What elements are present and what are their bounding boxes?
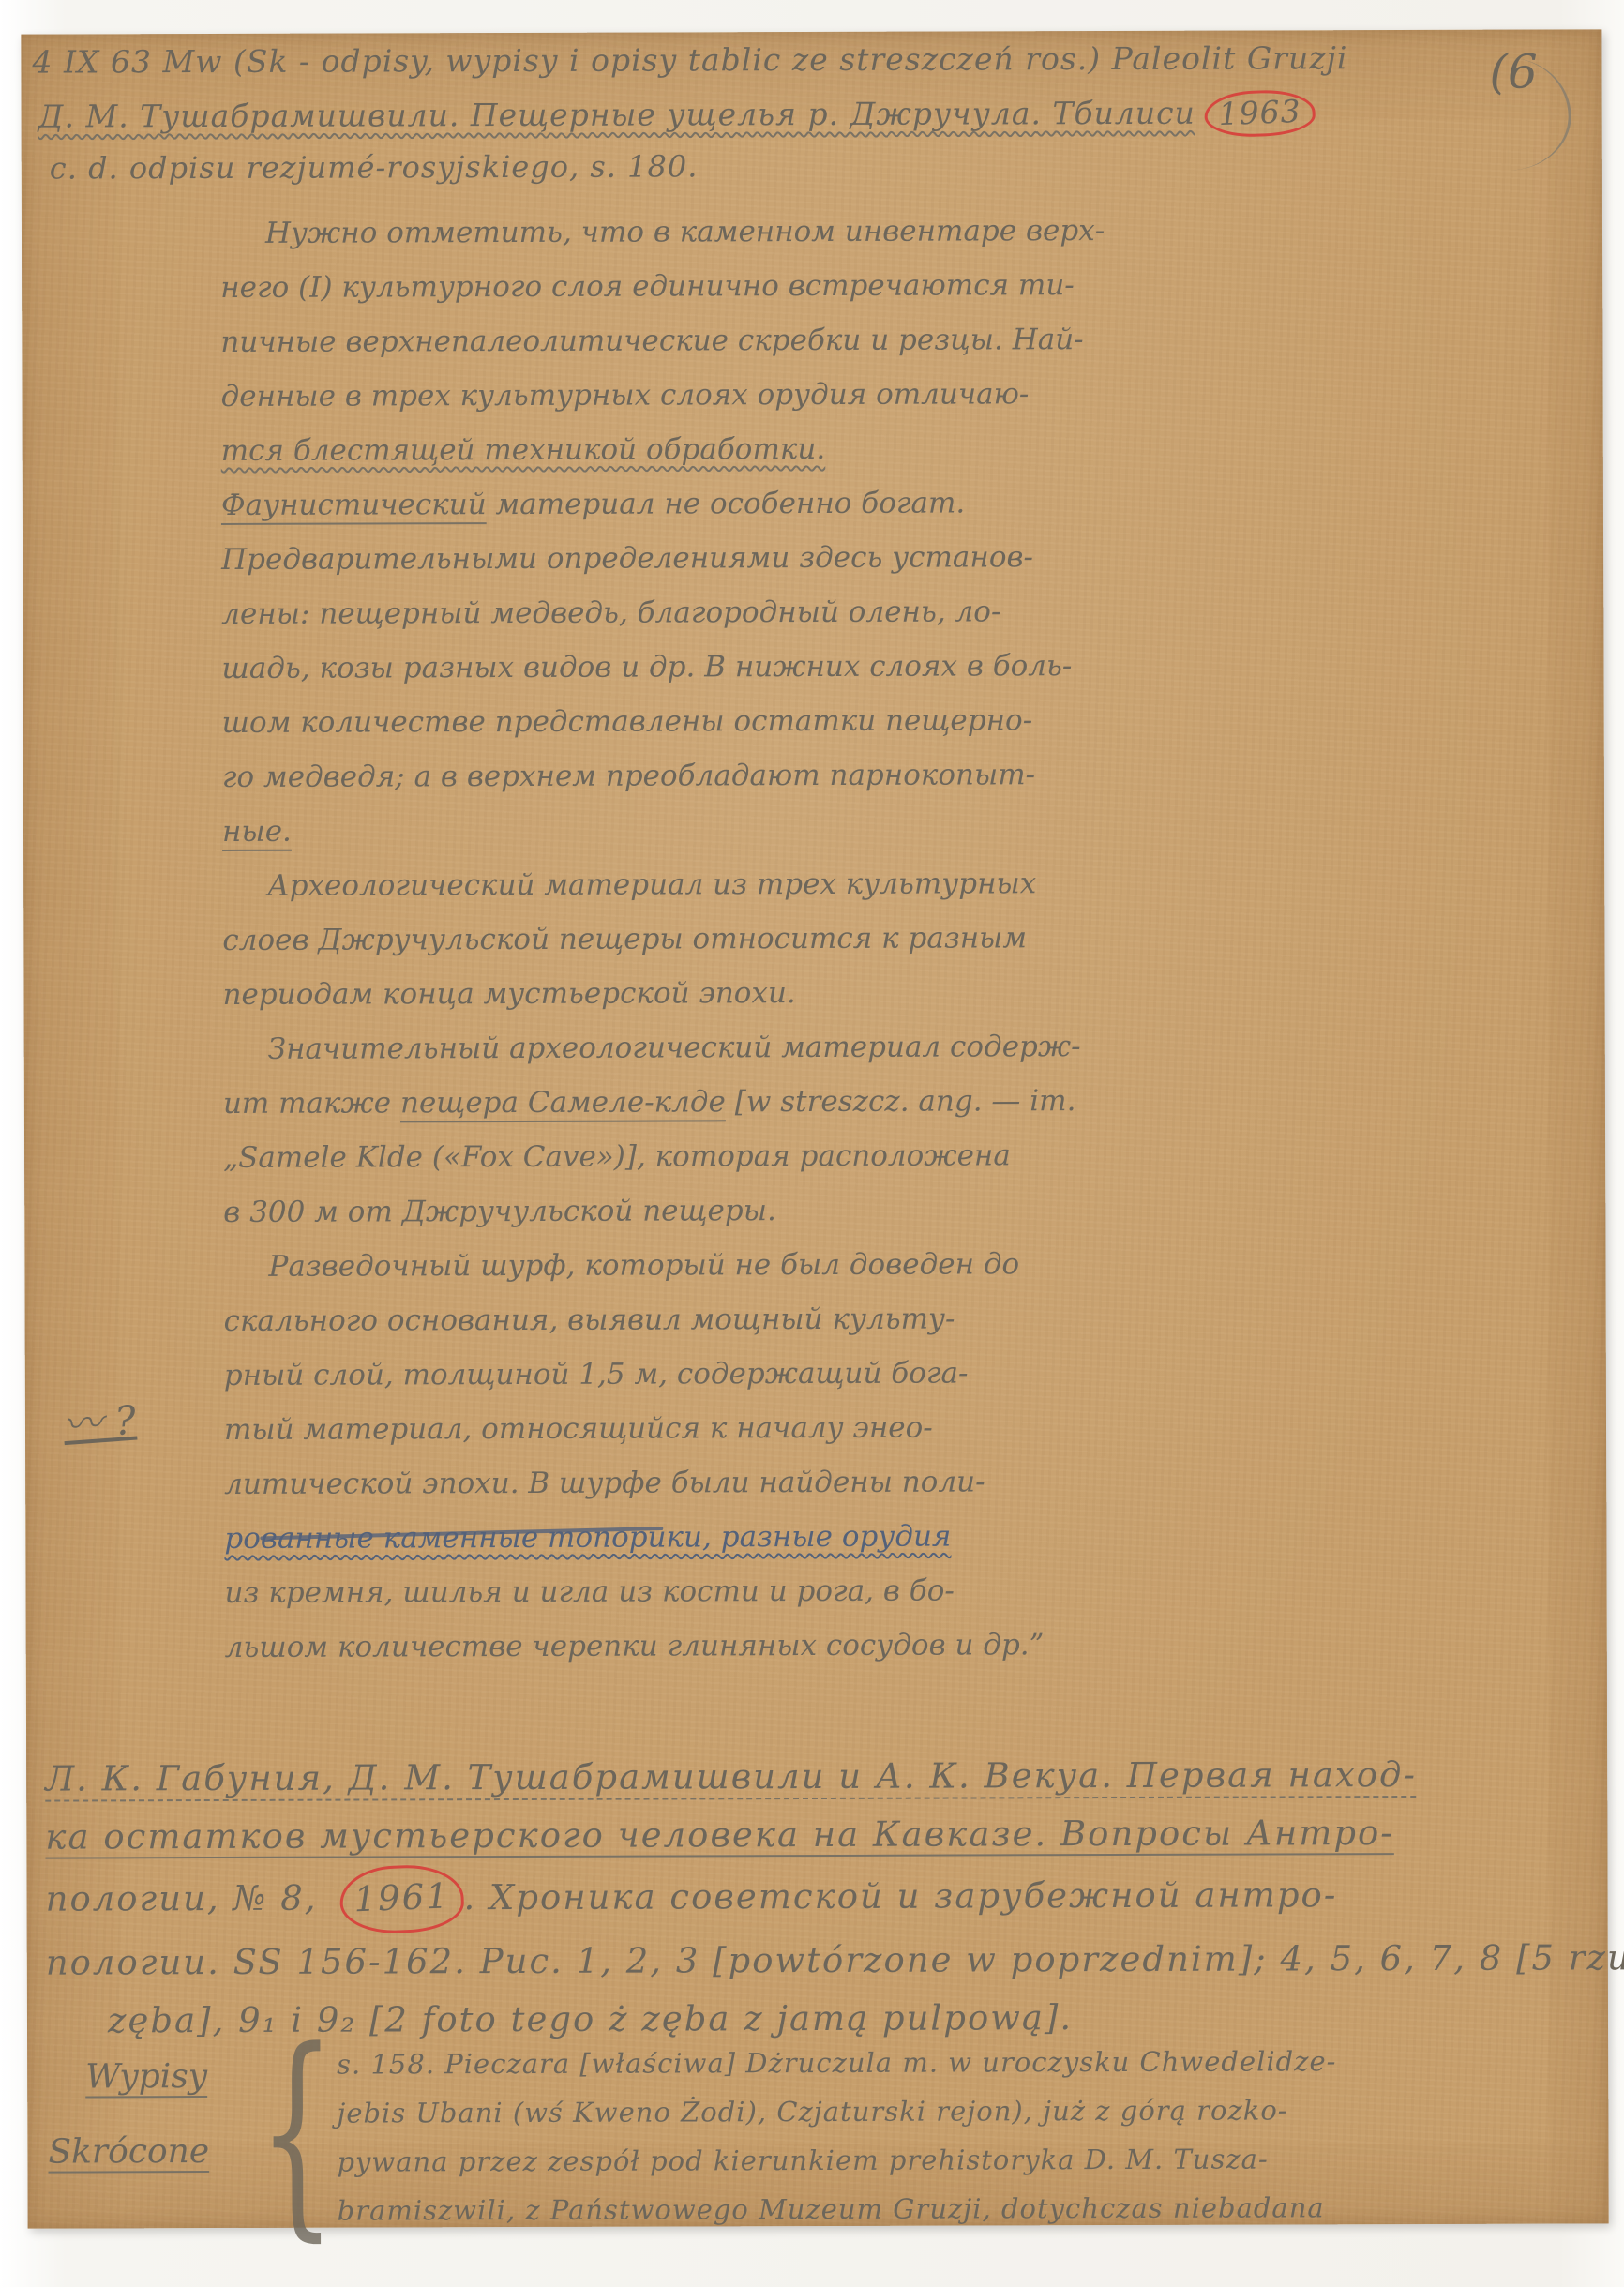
manuscript-line: пичные верхнепалеолитические скребки и р… [220, 312, 1102, 369]
reference-line-journal: пологии, № 8, 1961. Хроника советской и … [45, 1861, 1624, 1934]
manuscript-line: шом количестве представлены остатки пеще… [222, 693, 1104, 750]
manuscript-line: рный слой, толщиной 1,5 м, содержащий бо… [224, 1346, 1105, 1403]
body-paragraph-5: Разведочный шурф, который не был доведен… [223, 1237, 1105, 1675]
manuscript-line: Нужно отметить, что в каменном инвентаре… [220, 203, 1102, 261]
emphasized-word: Фаунистический [221, 488, 487, 522]
body-paragraph-2: Фаунистический материал не особенно бога… [221, 475, 1104, 859]
manuscript-line: Разведочный шурф, который не был доведен… [223, 1237, 1105, 1294]
reference-chronicle: . Хроника советской и зарубежной антро- [463, 1874, 1337, 1918]
scanned-manuscript-page: 4 IX 63 Mw (Sk - odpisy, wypisy i opisy … [21, 29, 1608, 2228]
manuscript-line: Археологический материал из трех культур… [222, 856, 1104, 913]
line-continuation: материал не особенно богат. [487, 486, 966, 521]
manuscript-line: ные. [222, 802, 1104, 859]
manuscript-line: тый материал, относящийся к началу энео- [224, 1400, 1105, 1457]
manuscript-line: Предварительными определениями здесь уст… [221, 530, 1103, 587]
body-paragraph-4: Значительный археологический материал со… [223, 1019, 1105, 1240]
body-paragraph-1: Нужно отметить, что в каменном инвентаре… [220, 203, 1103, 478]
excerpt-label-wypisy: Wypisy [85, 2057, 207, 2096]
manuscript-line: в 300 м от Джручульской пещеры. [223, 1182, 1105, 1240]
manuscript-line: литической эпохи. В шурфе были найдены п… [224, 1454, 1105, 1512]
scanner-background: { "colors": { "paper": "#c79f6c", "penci… [0, 0, 1624, 2287]
excerpt-brace: { [258, 2029, 336, 2235]
manuscript-line: шадь, козы разных видов и др. В нижних с… [221, 639, 1103, 696]
reference-line-title: ка остатков мустьерского человека на Кав… [45, 1803, 1624, 1867]
excerpt-line: jebis Ubani (wś Kweno Żodi), Czjaturski … [337, 2085, 1336, 2137]
reference-line-pages-figures: пологии. SS 156-162. Рис. 1, 2, 3 [powtó… [46, 1929, 1624, 1993]
excerpt-line: pywana przez zespół pod kierunkiem prehi… [337, 2134, 1336, 2186]
excerpt-line: bramiszwili, z Państwowego Muzeum Gruzji… [338, 2183, 1337, 2234]
manuscript-line: ит также пещера Самеле-клде [w streszcz.… [223, 1074, 1105, 1131]
line-continuation: [w streszcz. ang. — im. [726, 1084, 1076, 1119]
bibliography-title: Д. М. Тушабрамишвили. Пещерные ущелья р.… [38, 95, 1195, 135]
pencil-paren-mark [1508, 57, 1571, 170]
manuscript-line: Значительный археологический материал со… [223, 1019, 1105, 1076]
manuscript-line: слоев Джручульской пещеры относится к ра… [222, 910, 1104, 968]
emphasized-cave-name: пещера Самеле-клде [400, 1085, 726, 1120]
manuscript-line: из кремня, шилья и игла из кости и рога,… [224, 1563, 1105, 1620]
reference-line-authors: Л. К. Габуния, Д. М. Тушабрамишвили и А.… [45, 1745, 1624, 1809]
manuscript-line: „Samele Klde («Fox Cave»)], которая расп… [223, 1128, 1105, 1185]
manuscript-line: льшом количестве черепки глиняных сосудо… [225, 1617, 1106, 1675]
title-year-red-circled: 1963 [1204, 88, 1316, 138]
manuscript-line: скального основания, выявил мощный культ… [224, 1291, 1105, 1348]
manuscript-body: Нужно отметить, что в каменном инвентаре… [220, 203, 1106, 1675]
title-line: Д. М. Тушабрамишвили. Пещерные ущелья р.… [38, 90, 1316, 140]
excerpt-line: s. 158. Pieczara [właściwa] Dżruczula m.… [337, 2037, 1336, 2088]
manuscript-line: Фаунистический материал не особенно бога… [221, 475, 1103, 533]
manuscript-line: денные в трех культурных слоях орудия от… [220, 367, 1102, 424]
manuscript-line: лены: пещерный медведь, благородный олен… [221, 584, 1103, 641]
line-start: ит также [223, 1086, 400, 1121]
manuscript-line: периодам конца мустьерской эпохи. [222, 965, 1104, 1022]
reference-issue: пологии, № 8, [46, 1878, 331, 1919]
manuscript-line: го медведя; а в верхнем преобладают парн… [222, 747, 1104, 805]
reference-year-red-circled: 1961 [338, 1863, 465, 1935]
manuscript-line: тся блестящей техникой обработки. [221, 421, 1103, 478]
body-paragraph-3: Археологический материал из трех культур… [222, 856, 1105, 1022]
header-annotation-line: 4 IX 63 Mw (Sk - odpisy, wypisy i opisy … [32, 39, 1347, 80]
manuscript-line: него (I) культурного слоя единично встре… [220, 258, 1102, 315]
continuation-note-line: c. d. odpisu rezjumé-rosyjskiego, s. 180… [50, 148, 699, 186]
excerpt-label-skrocone: Skrócone [48, 2132, 209, 2172]
margin-question-note: 〰 ? [61, 1390, 138, 1452]
excerpt-text-block: s. 158. Pieczara [właściwa] Dżruczula m.… [337, 2037, 1337, 2234]
